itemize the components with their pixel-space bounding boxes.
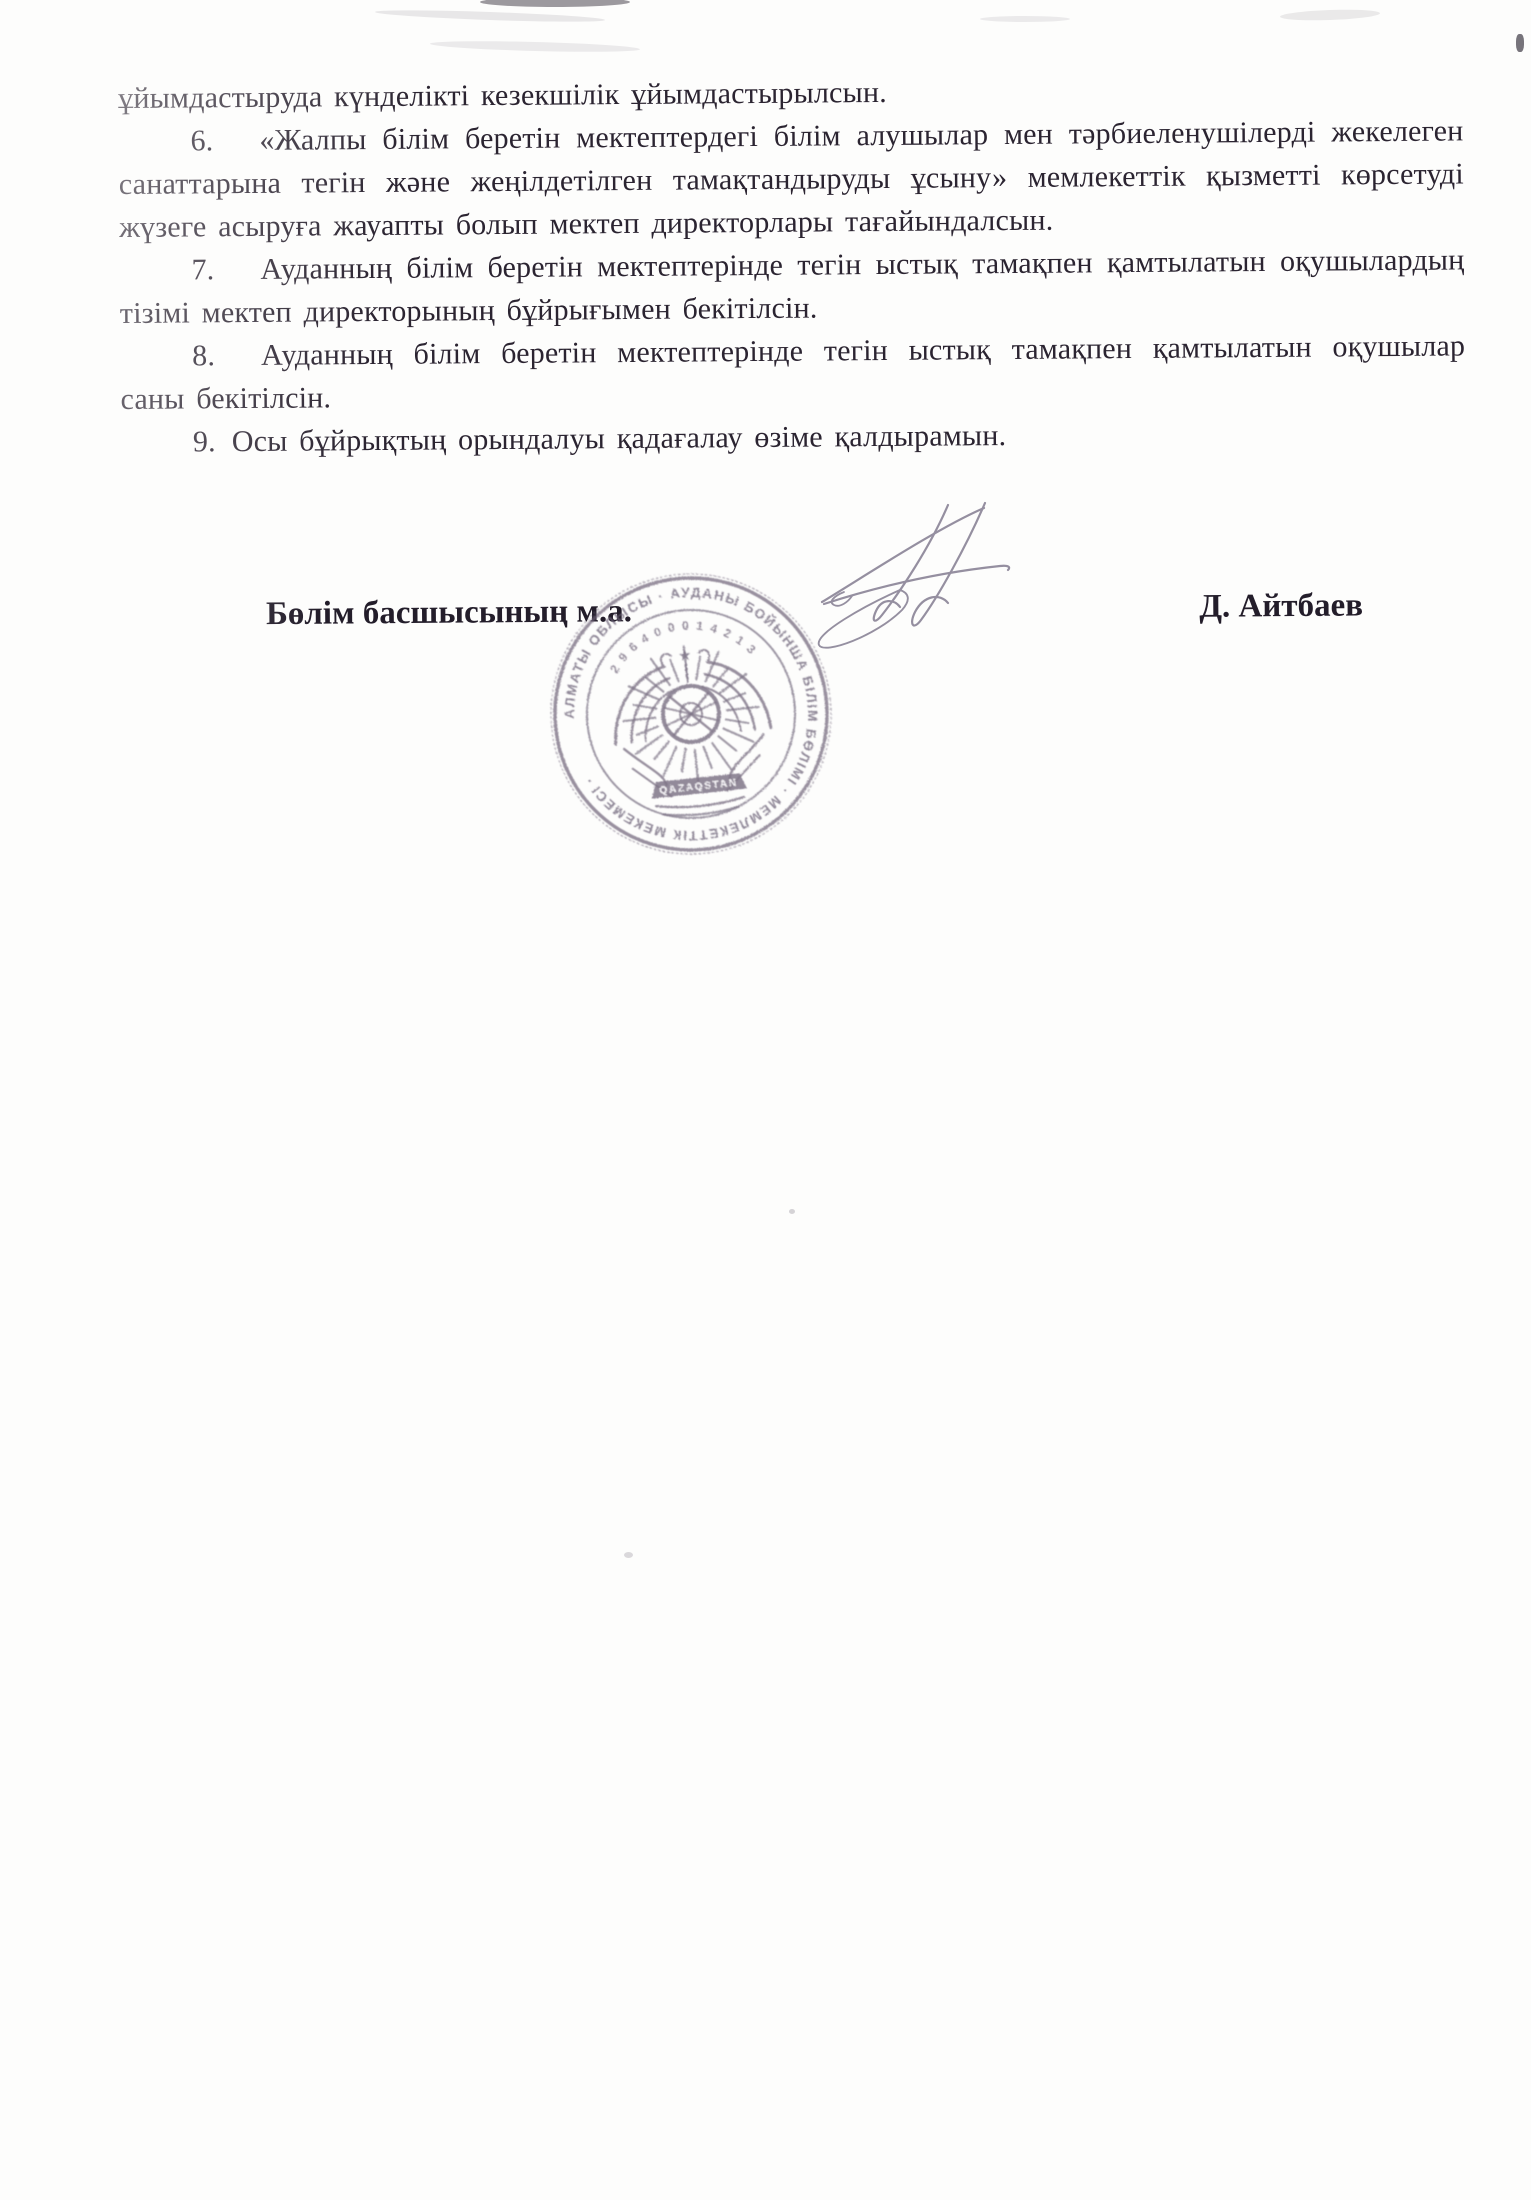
item-number: 8. xyxy=(192,339,215,372)
item-text: «Жалпы білім беретін мектептердегі білім… xyxy=(119,114,1464,244)
scan-smudge xyxy=(375,8,605,24)
order-item-6: 6.«Жалпы білім беретін мектептердегі біл… xyxy=(118,109,1464,249)
scan-speck xyxy=(789,1209,795,1214)
stamp-wings-icon xyxy=(607,644,777,802)
order-item-7: 7.Ауданның білім беретін мектептерінде т… xyxy=(119,238,1465,335)
item-text: Ауданның білім беретін мектептерінде тег… xyxy=(120,243,1465,330)
scan-speck xyxy=(624,1552,633,1558)
item-number: 9. xyxy=(193,425,216,458)
item-number: 7. xyxy=(191,253,214,286)
scan-smudge xyxy=(980,16,1070,22)
item-number: 6. xyxy=(190,124,213,157)
scan-smudge xyxy=(430,39,640,53)
item-text: Ауданның білім беретін мектептерінде тег… xyxy=(120,329,1465,416)
signer-name: Д. Айтбаев xyxy=(1199,588,1363,626)
order-item-8: 8.Ауданның білім беретін мектептерінде т… xyxy=(120,324,1466,421)
document-content: ұйымдастыруда күнделікті кезекшілік ұйым… xyxy=(118,66,1466,464)
scan-smudge xyxy=(480,0,630,7)
stamp-registration-number: 296400014213 xyxy=(603,611,764,677)
document-page: ұйымдастыруда күнделікті кезекшілік ұйым… xyxy=(0,0,1531,2200)
signature-strokes xyxy=(819,503,1009,648)
scan-speck xyxy=(1516,34,1524,52)
handwritten-signature xyxy=(788,452,1048,692)
scan-smudge xyxy=(1280,8,1380,21)
